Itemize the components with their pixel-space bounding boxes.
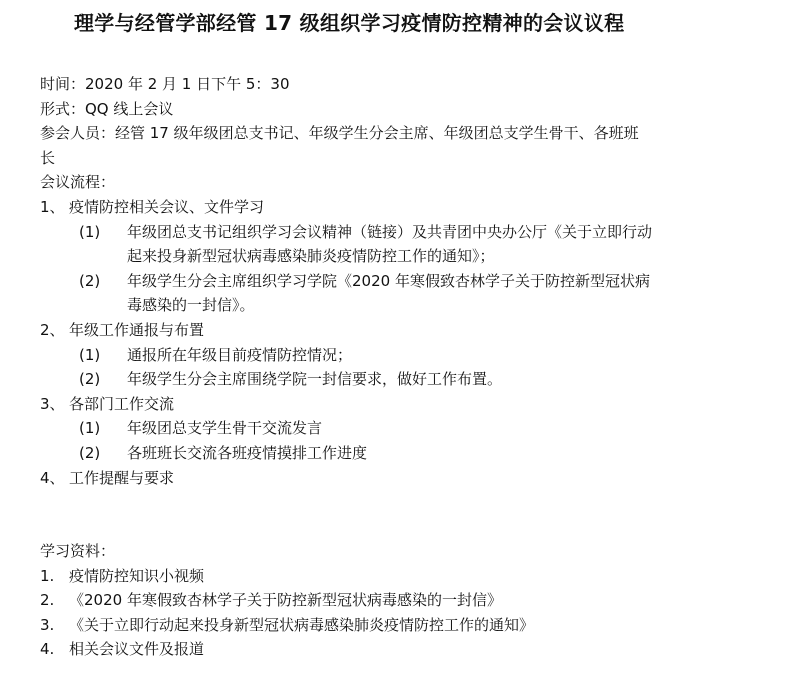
agenda-subitem: (1) 年级团总支书记组织学习会议精神（链接）及共青团中央办公厅《关于立即行动 … (40, 220, 740, 269)
subitem-number: (1) (79, 220, 127, 269)
material-item: 1.疫情防控知识小视频 (40, 564, 740, 589)
agenda-heading: 会议流程： (40, 170, 740, 195)
subitem-number: (2) (79, 441, 127, 466)
material-number: 1. (40, 564, 69, 589)
agenda-subitem: (2) 各班班长交流各班疫情摸排工作进度 (40, 441, 740, 466)
material-item: 3.《关于立即行动起来投身新型冠状病毒感染肺炎疫情防控工作的通知》 (40, 613, 740, 638)
agenda-subitem: (2) 年级学生分会主席组织学习学院《2020 年寒假致杏林学子关于防控新型冠状… (40, 269, 740, 318)
agenda-item-number: 3、 (40, 392, 69, 417)
subitem-text: 年级团总支书记组织学习会议精神（链接）及共青团中央办公厅《关于立即行动 (127, 220, 717, 245)
agenda-subitem: (1) 年级团总支学生骨干交流发言 (40, 416, 740, 441)
agenda-item: 4、工作提醒与要求 (40, 466, 740, 491)
subitem-text-cont: 毒感染的一封信》。 (127, 293, 717, 318)
meeting-attendees: 参会人员：经管 17 级年级团总支书记、年级学生分会主席、年级团总支学生骨干、各… (40, 121, 740, 146)
subitem-text: 通报所在年级目前疫情防控情况； (127, 343, 717, 368)
agenda-item-number: 2、 (40, 318, 69, 343)
material-label: 《关于立即行动起来投身新型冠状病毒感染肺炎疫情防控工作的通知》 (69, 616, 534, 634)
document-title: 理学与经管学部经管 17 级组织学习疫情防控精神的会议议程 (74, 8, 624, 38)
subitem-text: 年级团总支学生骨干交流发言 (127, 416, 717, 441)
material-label: 疫情防控知识小视频 (69, 567, 204, 585)
agenda-item: 3、各部门工作交流 (40, 392, 740, 417)
meeting-format: 形式：QQ 线上会议 (40, 97, 740, 122)
material-number: 3. (40, 613, 69, 638)
agenda-item-number: 1、 (40, 195, 69, 220)
subitem-text: 各班班长交流各班疫情摸排工作进度 (127, 441, 717, 466)
agenda-subitem: (2) 年级学生分会主席围绕学院一封信要求，做好工作布置。 (40, 367, 740, 392)
material-item: 2.《2020 年寒假致杏林学子关于防控新型冠状病毒感染的一封信》 (40, 588, 740, 613)
subitem-number: (1) (79, 416, 127, 441)
meeting-time: 时间：2020 年 2 月 1 日下午 5：30 (40, 72, 740, 97)
agenda-item: 1、疫情防控相关会议、文件学习 (40, 195, 740, 220)
subitem-text: 年级学生分会主席围绕学院一封信要求，做好工作布置。 (127, 367, 717, 392)
agenda-item-label: 疫情防控相关会议、文件学习 (69, 198, 264, 216)
agenda-item-label: 年级工作通报与布置 (69, 321, 204, 339)
material-number: 2. (40, 588, 69, 613)
agenda-item-label: 工作提醒与要求 (69, 469, 174, 487)
document-body: 时间：2020 年 2 月 1 日下午 5：30 形式：QQ 线上会议 参会人员… (40, 72, 740, 662)
agenda-item-label: 各部门工作交流 (69, 395, 174, 413)
material-label: 相关会议文件及报道 (69, 640, 204, 658)
subitem-number: (2) (79, 269, 127, 318)
subitem-text: 年级学生分会主席组织学习学院《2020 年寒假致杏林学子关于防控新型冠状病 (127, 269, 717, 294)
agenda-subitem: (1) 通报所在年级目前疫情防控情况； (40, 343, 740, 368)
meeting-attendees-cont: 长 (40, 146, 740, 171)
spacer (40, 490, 740, 539)
subitem-number: (1) (79, 343, 127, 368)
materials-heading: 学习资料： (40, 539, 740, 564)
material-number: 4. (40, 637, 69, 662)
subitem-number: (2) (79, 367, 127, 392)
subitem-text-cont: 起来投身新型冠状病毒感染肺炎疫情防控工作的通知》； (127, 244, 717, 269)
agenda-item: 2、年级工作通报与布置 (40, 318, 740, 343)
material-item: 4.相关会议文件及报道 (40, 637, 740, 662)
material-label: 《2020 年寒假致杏林学子关于防控新型冠状病毒感染的一封信》 (69, 591, 502, 609)
agenda-item-number: 4、 (40, 466, 69, 491)
